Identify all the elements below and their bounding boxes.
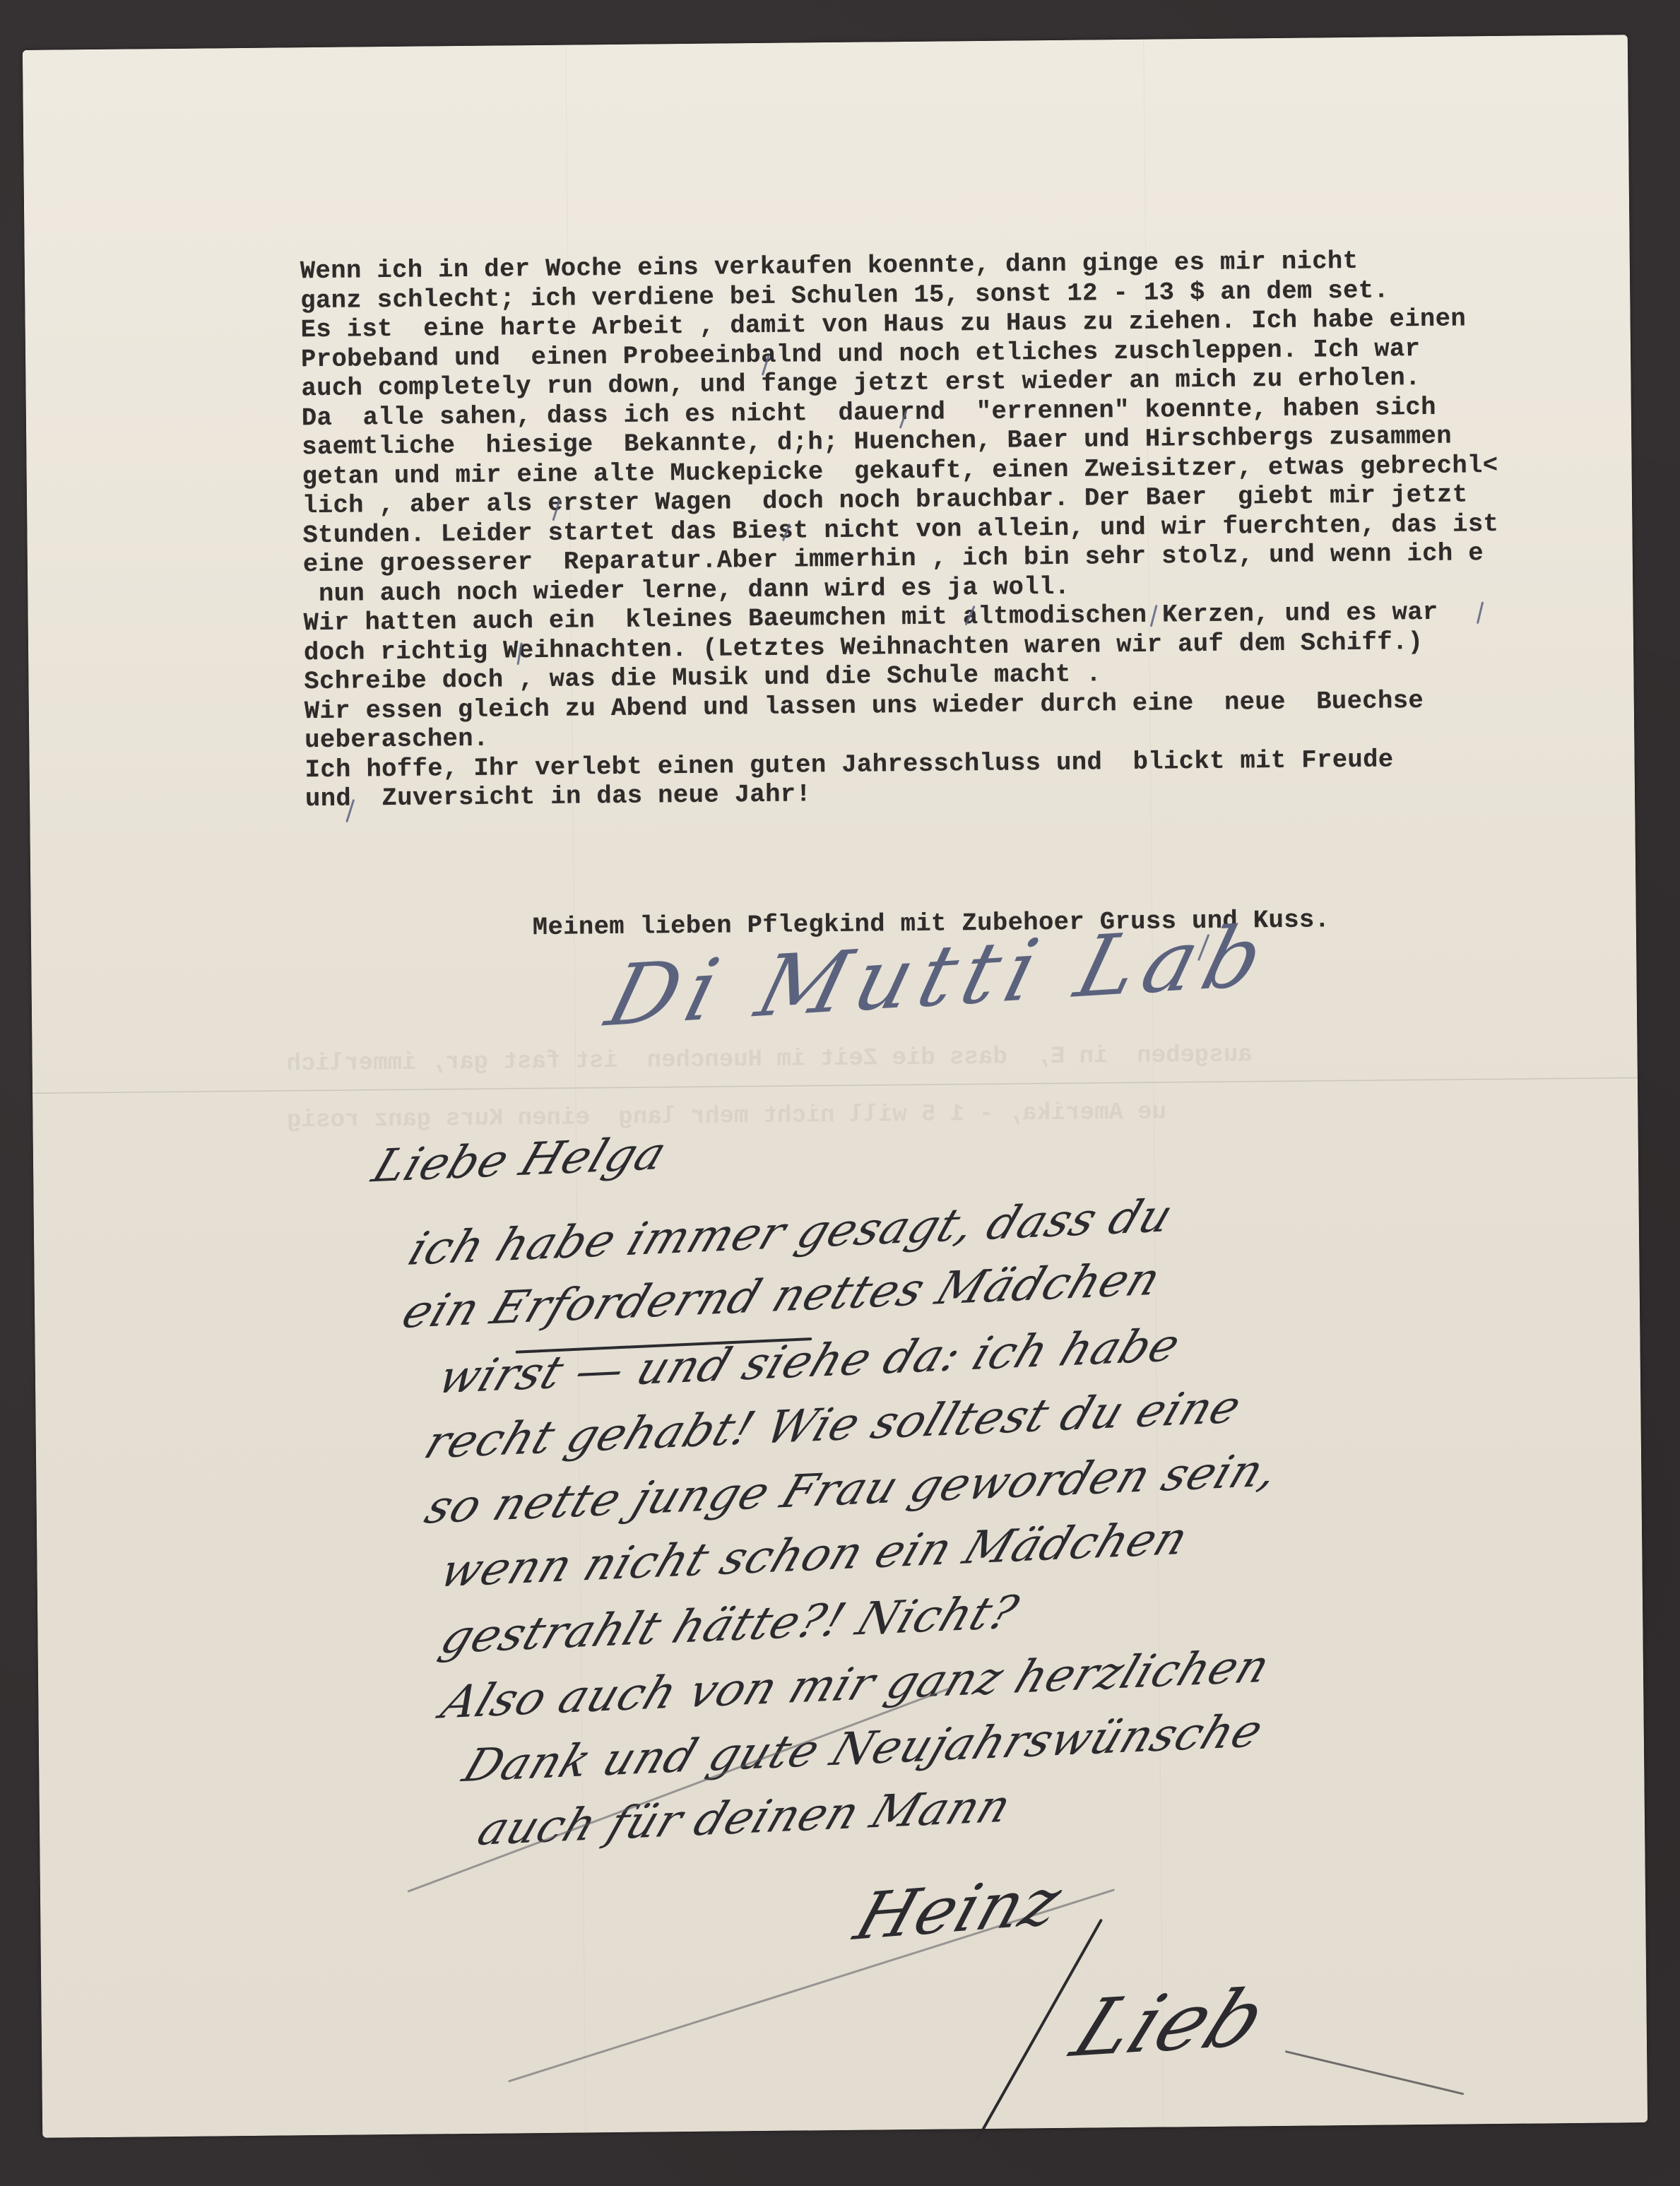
signature-tail-stroke <box>1285 2050 1465 2095</box>
signature-greeting: Heinz <box>846 1864 1071 1955</box>
handwritten-line: auch für deinen Mann <box>471 1780 1018 1856</box>
handwritten-salutation: Liebe Helga <box>365 1128 673 1193</box>
letter-sheet: ausgeben in E, dass die Zeit im Huenchen… <box>23 35 1648 2138</box>
horizontal-fold-crease <box>32 1077 1638 1094</box>
show-through-text: ausgeben in E, dass die Zeit im Huenchen… <box>286 1041 1252 1077</box>
handwritten-line: gestrahlt hätte?! Nicht? <box>434 1587 1026 1665</box>
signature-name: Lieb <box>1059 1972 1280 2075</box>
typed-letter-body: Wenn ich in der Woche eins verkaufen koe… <box>300 244 1549 813</box>
show-through-text: ue Amerika, - 1 5 will nicht mehr lang e… <box>287 1099 1166 1135</box>
